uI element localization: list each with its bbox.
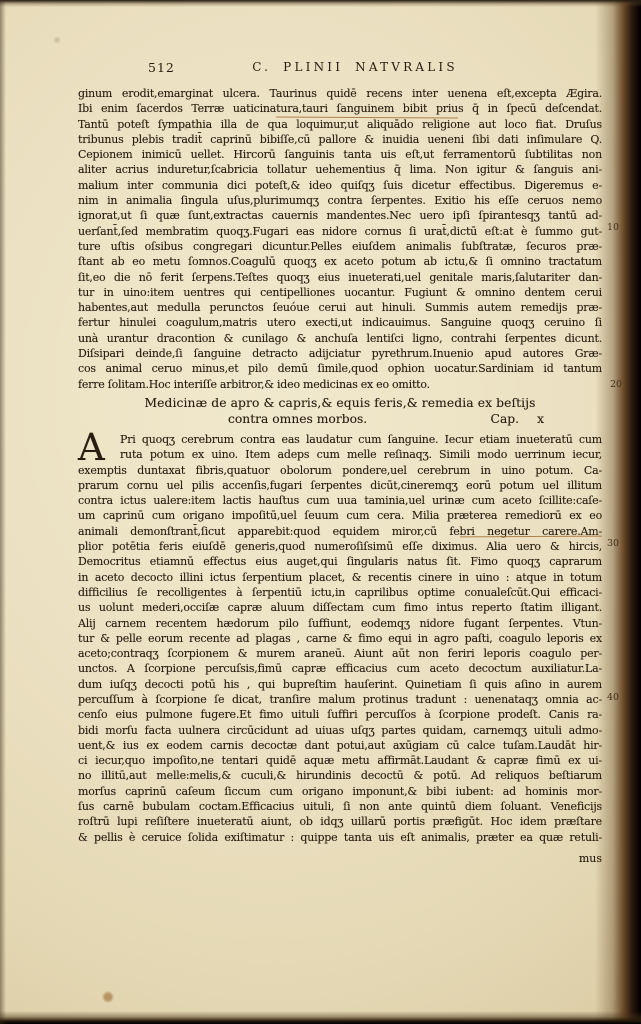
text-line: cenſo eius pulmone fugere.Et fimo uituli… (78, 707, 602, 722)
text-line: prarum cornu uel pilis accenſis,fugari ſ… (78, 478, 602, 493)
text-line: aceto;contraqʒ ſcorpionem & murem araneū… (78, 646, 602, 661)
catchword: mus (560, 852, 602, 865)
text-line: in aceto decocto illini ictus ſerpentium… (78, 570, 602, 585)
margin-line-number: 10 (607, 222, 619, 233)
text-line: ruta potum ex uino. Item adeps cum melle… (120, 447, 602, 462)
text-line: um caprinū cum origano impoſitū,uel ſeuu… (78, 508, 602, 523)
text-line: animali demonſtrant̄,ſicut apparebit:quo… (78, 524, 602, 539)
text-line: Pri quoqʒ cerebrum contra eas laudatur c… (120, 432, 602, 447)
text-line: ſus carnē bubulam coctam.Efficacius uitu… (78, 799, 602, 814)
text-line: plior potētia feris eiuſdē generis,quod … (78, 539, 602, 554)
running-title: C. PLINII NATVRALIS (78, 60, 602, 74)
chapter-title-line2: contra omnes morbos. Cap.x (78, 411, 602, 427)
text-line: ci iecur,quo impoſito,ne tentari quidē a… (78, 753, 602, 768)
page-top-edge-shadow (0, 0, 641, 7)
text-line: ignorat,ut ſi quæ ſunt,extractas cauerni… (78, 208, 602, 223)
page-bottom-edge-shadow (0, 1011, 641, 1024)
chapter-number: x (537, 412, 544, 426)
text-line: morſus caprinū caſeum ſiccum cum origano… (78, 784, 602, 799)
text-line: percuſſum à ſcorpione ſe dicat, tranſire… (78, 692, 602, 707)
text-line: contra ictus ualere:item lactis hauſtus … (78, 493, 602, 508)
margin-line-number: 20 (610, 379, 622, 390)
text-line: ture uſtis oſsibus congregari dicuntur.P… (78, 239, 602, 254)
text-line: malium inter communia dici poteſt,& ideo… (78, 178, 602, 193)
text-line: unà urantur dracontion & cunilago & anch… (78, 331, 602, 346)
text-line: & pellis è ceruice ſolida exiſtimatur : … (78, 830, 602, 845)
chapter-title-line1: Medicinæ de apro & capris,& equis feris,… (78, 395, 602, 411)
text-line: fertur hinulei coagulum,matris utero exe… (78, 315, 602, 330)
text-line: bidi morſu facta uulnera circūcidunt ad … (78, 723, 602, 738)
text-line: cos animal ceruo minus,et pilo demū ſimi… (78, 361, 602, 376)
chapter-cap: Cap.x (491, 411, 544, 427)
text-line: ferre ſolitam.Hoc interiſſe arbitror,& i… (78, 377, 602, 392)
text-line: ginum erodit,emarginat ulcera. Taurinus … (78, 86, 602, 101)
text-line: Alij carnem recentem hædorum pilo ſuffiu… (78, 616, 602, 631)
text-line: tur & pelle eorum recente ad plagas , ca… (78, 631, 602, 646)
page-left-edge-shadow (0, 0, 6, 1024)
chapter-cap-label: Cap. (491, 412, 520, 426)
text-line: Tantū poteſt ſympathia illa de qua loqui… (78, 117, 602, 132)
text-line: unctos. A ſcorpione percuſsis,fimū capræ… (78, 661, 602, 676)
text-line: ſit,eo die nō ferit ſerpens.Teſtes quoqʒ… (78, 270, 602, 285)
text-line: habentes,aut medulla perunctos ſeuóue ce… (78, 300, 602, 315)
dropcap-letter: A (78, 433, 105, 463)
margin-line-number: 40 (607, 692, 619, 703)
chapter-title-line2-text: contra omnes morbos. (228, 411, 367, 427)
text-line: us uolunt mederi,occiſæ capræ aluum diſſ… (78, 600, 602, 615)
text-line: difficilius ſe recolligentes à ſerpentiū… (78, 585, 602, 600)
chapter-heading: Medicinæ de apro & capris,& equis feris,… (78, 395, 602, 427)
text-line: roſtrū lupi reſiſtere inueteratū aiunt, … (78, 814, 602, 829)
text-line: nim in animalia ſingula uſus,plurimumqʒ … (78, 193, 602, 208)
text-line: exemptis duntaxat fibris,quatuor oboloru… (78, 463, 602, 478)
text-line: Democritus etiamnū effectus eius auget,q… (78, 554, 602, 569)
paragraph-2-lines: exemptis duntaxat fibris,quatuor oboloru… (78, 463, 602, 845)
text-line: uerſant̄,ſed membratim quoqʒ.Fugari eas … (78, 224, 602, 239)
text-line: tribunus plebis tradit̄ caprinū bibiſſe,… (78, 132, 602, 147)
paragraph-2: A Pri quoqʒ cerebrum contra eas laudatur… (78, 432, 602, 845)
paragraph-2-dropcap-lines: Pri quoqʒ cerebrum contra eas laudatur c… (120, 432, 602, 463)
text-line: tur in uino:item uentres qui centipellio… (78, 285, 602, 300)
text-line: dum iuſqʒ decocti potū his , qui bupreſt… (78, 677, 602, 692)
paragraph-1: ginum erodit,emarginat ulcera. Taurinus … (78, 86, 602, 392)
text-line: Diſsipari deinde,ſi ſanguine detracto ad… (78, 346, 602, 361)
page-header: 512 C. PLINII NATVRALIS (78, 60, 602, 78)
text-line: no illitū,aut melle:melis,& cuculi,& hir… (78, 768, 602, 783)
text-line: Ibi enim ſacerdos Terræ uaticinatura,tau… (78, 101, 602, 116)
text-line: Cepionem inimicū uellet. Hircorū ſanguin… (78, 147, 602, 162)
text-line: uent,& ius ex eodem carnis decoctæ dant … (78, 738, 602, 753)
text-line: ſtant ab eo metu ſomnos.Coagulū quoqʒ ex… (78, 254, 602, 269)
text-line: aliter acrius induretur,ſcabricia tollat… (78, 162, 602, 177)
book-page-scan: 512 C. PLINII NATVRALIS ginum erodit,ema… (0, 0, 641, 1024)
margin-line-number: 30 (607, 538, 619, 549)
text-block: ginum erodit,emarginat ulcera. Taurinus … (78, 86, 602, 845)
